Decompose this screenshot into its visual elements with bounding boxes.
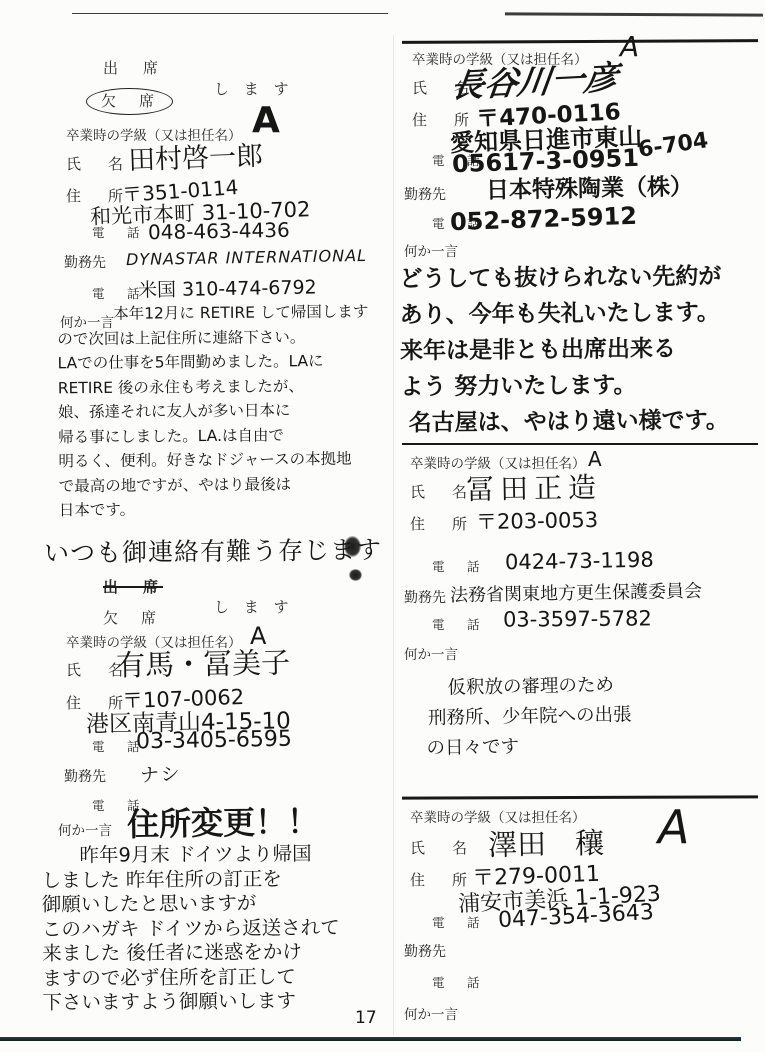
comment-message-handwritten: 仮釈放の審理のため 刑務所、少年院への出張 の日々です [447,670,632,763]
page-number: 17 [355,1008,377,1028]
workplace-label: 勤務先 [404,941,446,961]
shimasu-label: し ま す [214,78,294,99]
ink-smudge [349,569,362,581]
workplace-value-handwritten: DYNASTAR INTERNATIONAL [126,246,367,269]
workplace-value-handwritten: 日本特殊陶業（株） [486,168,694,205]
attend-label: 出 席 [103,57,163,78]
name-value-handwritten: 有馬・冨美子 [116,640,291,684]
left-top-hairline [72,13,388,14]
phone-value-handwritten: 0424-73-1198 [505,548,654,575]
address-unit-handwritten: 6-704 [637,128,710,163]
shimasu-label: し ま す [214,596,294,617]
workplace-value-handwritten: ナシ [140,759,183,787]
comment-label: 何か一言 [404,240,458,260]
comment-message-handwritten: 本年12月に RETIRE して帰国します ので次回は上記住所に連絡下さい。 L… [57,300,370,523]
closing-note-handwritten: いつも御連絡有難う存じます [44,530,382,570]
work-phone-label: 電 話 [432,973,485,991]
workplace-value-handwritten: 法務省関東地方更生保護委員会 [450,577,702,607]
page-fold-edge [393,35,394,1035]
work-phone-label: 電 話 [92,284,145,302]
comment-label: 何か一言 [404,643,458,663]
card-top-border [402,443,758,445]
phone-label: 電 話 [432,913,485,931]
phone-label: 電 話 [432,557,485,575]
phone-label: 電 話 [92,223,145,241]
comment-label: 何か一言 [58,819,112,839]
name-label: 氏 名 [66,153,129,174]
absent-label: 欠 席 [103,607,160,628]
card-top-border [402,795,758,799]
name-label: 氏 名 [410,481,473,502]
phone-value-handwritten: 03-3405-6595 [136,727,292,755]
comment-message-handwritten: どうしても抜けられない先約が あり、今年も失礼いたします。 来年は是非とも出席出… [399,259,729,442]
workplace-label: 勤務先 [64,252,106,272]
phone-value-handwritten: 048-463-4436 [148,218,290,244]
postal-code-handwritten: 〒203-0053 [476,504,599,536]
class-value-handwritten: A [658,800,689,854]
right-top-scan-line [505,12,763,16]
comment-message-handwritten: 昨年9月末 ドイツより帰国 しました 昨年住所の訂正を 御願いしたと思いますが … [41,842,340,1016]
workplace-label: 勤務先 [64,766,106,786]
work-phone-label: 電 話 [432,615,485,633]
name-value-handwritten: 田村啓一郎 [127,134,263,178]
absent-label-circled: 欠 席 [86,88,173,115]
work-phone-value-handwritten: 052-872-5912 [450,202,638,237]
address-label: 住 所 [410,513,473,534]
work-phone-value-handwritten: 米国 310-474-6792 [138,272,317,302]
scanned-reply-postcards-page: 出 席 し ま す 欠 席 卒業時の学級（又は担任名） A 氏 名 田村啓一郎 … [0,0,765,1052]
workplace-label: 勤務先 [404,184,446,204]
class-value-handwritten: A [620,30,639,63]
attend-label-struck: 出 席 [103,576,163,597]
comment-title-handwritten: 住所変更！！ [127,796,320,845]
name-value-handwritten: 冨田正造 [466,466,603,508]
bottom-scan-line [0,1037,741,1041]
card-top-border [402,39,758,43]
comment-label: 何か一言 [404,1003,458,1023]
work-phone-value-handwritten: 03-3597-5782 [503,606,652,631]
workplace-label: 勤務先 [404,587,446,607]
name-label: 氏 名 [410,837,473,858]
